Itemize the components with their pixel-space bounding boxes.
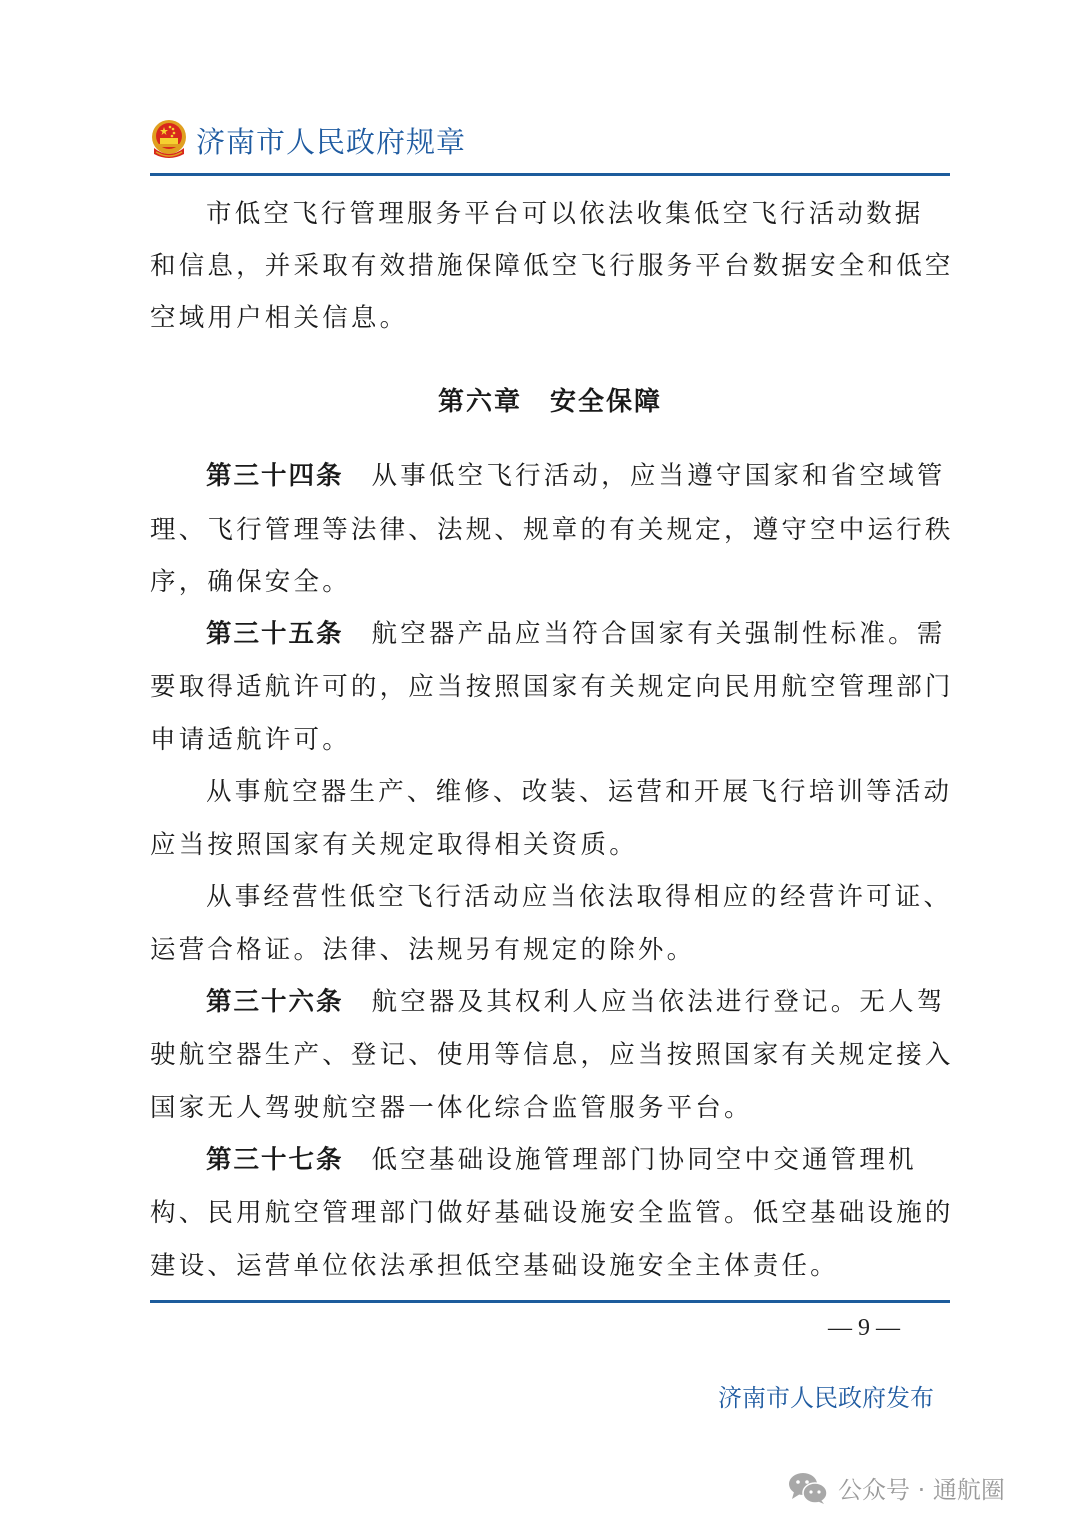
article-35-line: 第三十五条航空器产品应当符合国家有关强制性标准。需 xyxy=(206,608,946,660)
paragraph-line: 从事经营性低空飞行活动应当依法取得相应的经营许可证、 xyxy=(206,871,952,923)
national-emblem-icon xyxy=(150,118,188,162)
paragraph-line: 理、飞行管理等法律、法规、规章的有关规定，遵守空中运行秩 xyxy=(150,504,954,556)
footer-rule xyxy=(150,1300,950,1303)
paragraph-line: 要取得适航许可的，应当按照国家有关规定向民用航空管理部门 xyxy=(150,661,954,713)
article-label: 第三十六条 xyxy=(206,987,344,1017)
paragraph-line: 应当按照国家有关规定取得相关资质。 xyxy=(150,819,638,871)
watermark-text: 公众号 · 通航圈 xyxy=(838,1470,1005,1505)
paragraph-line: 序，确保安全。 xyxy=(150,556,351,608)
document-series-title: 济南市人民政府规章 xyxy=(196,120,466,161)
paragraph-line: 空域用户相关信息。 xyxy=(150,292,408,344)
article-34-line: 第三十四条从事低空飞行活动，应当遵守国家和省空域管 xyxy=(206,450,946,502)
document-header: 济南市人民政府规章 xyxy=(150,112,466,168)
header-rule xyxy=(150,173,950,176)
watermark: 公众号 · 通航圈 xyxy=(788,1470,1005,1505)
article-label: 第三十七条 xyxy=(206,1145,344,1175)
wechat-icon xyxy=(788,1472,828,1504)
article-36-line: 第三十六条航空器及其权利人应当依法进行登记。无人驾 xyxy=(206,976,946,1028)
article-37-line: 第三十七条低空基础设施管理部门协同空中交通管理机 xyxy=(206,1134,917,1186)
paragraph-line: 市低空飞行管理服务平台可以依法收集低空飞行活动数据 xyxy=(206,188,924,240)
article-text: 低空基础设施管理部门协同空中交通管理机 xyxy=(372,1145,917,1175)
chapter-title: 第六章 安全保障 xyxy=(150,381,950,418)
publisher-label: 济南市人民政府发布 xyxy=(718,1378,934,1413)
paragraph-line: 建设、运营单位依法承担低空基础设施安全主体责任。 xyxy=(150,1240,839,1292)
paragraph-line: 运营合格证。法律、法规另有规定的除外。 xyxy=(150,924,695,976)
paragraph-line: 构、民用航空管理部门做好基础设施安全监管。低空基础设施的 xyxy=(150,1187,954,1239)
paragraph-line: 驶航空器生产、登记、使用等信息，应当按照国家有关规定接入 xyxy=(150,1029,954,1081)
article-text: 航空器产品应当符合国家有关强制性标准。需 xyxy=(372,619,946,649)
paragraph-line: 申请适航许可。 xyxy=(150,714,351,766)
paragraph-line: 从事航空器生产、维修、改装、运营和开展飞行培训等活动 xyxy=(206,766,952,818)
page-number: — 9 — xyxy=(828,1315,900,1342)
paragraph-line: 国家无人驾驶航空器一体化综合监管服务平台。 xyxy=(150,1082,753,1134)
paragraph-line: 和信息，并采取有效措施保障低空飞行服务平台数据安全和低空 xyxy=(150,240,954,292)
article-label: 第三十四条 xyxy=(206,461,344,491)
article-text: 从事低空飞行活动，应当遵守国家和省空域管 xyxy=(372,461,946,491)
article-text: 航空器及其权利人应当依法进行登记。无人驾 xyxy=(372,987,946,1017)
article-label: 第三十五条 xyxy=(206,619,344,649)
